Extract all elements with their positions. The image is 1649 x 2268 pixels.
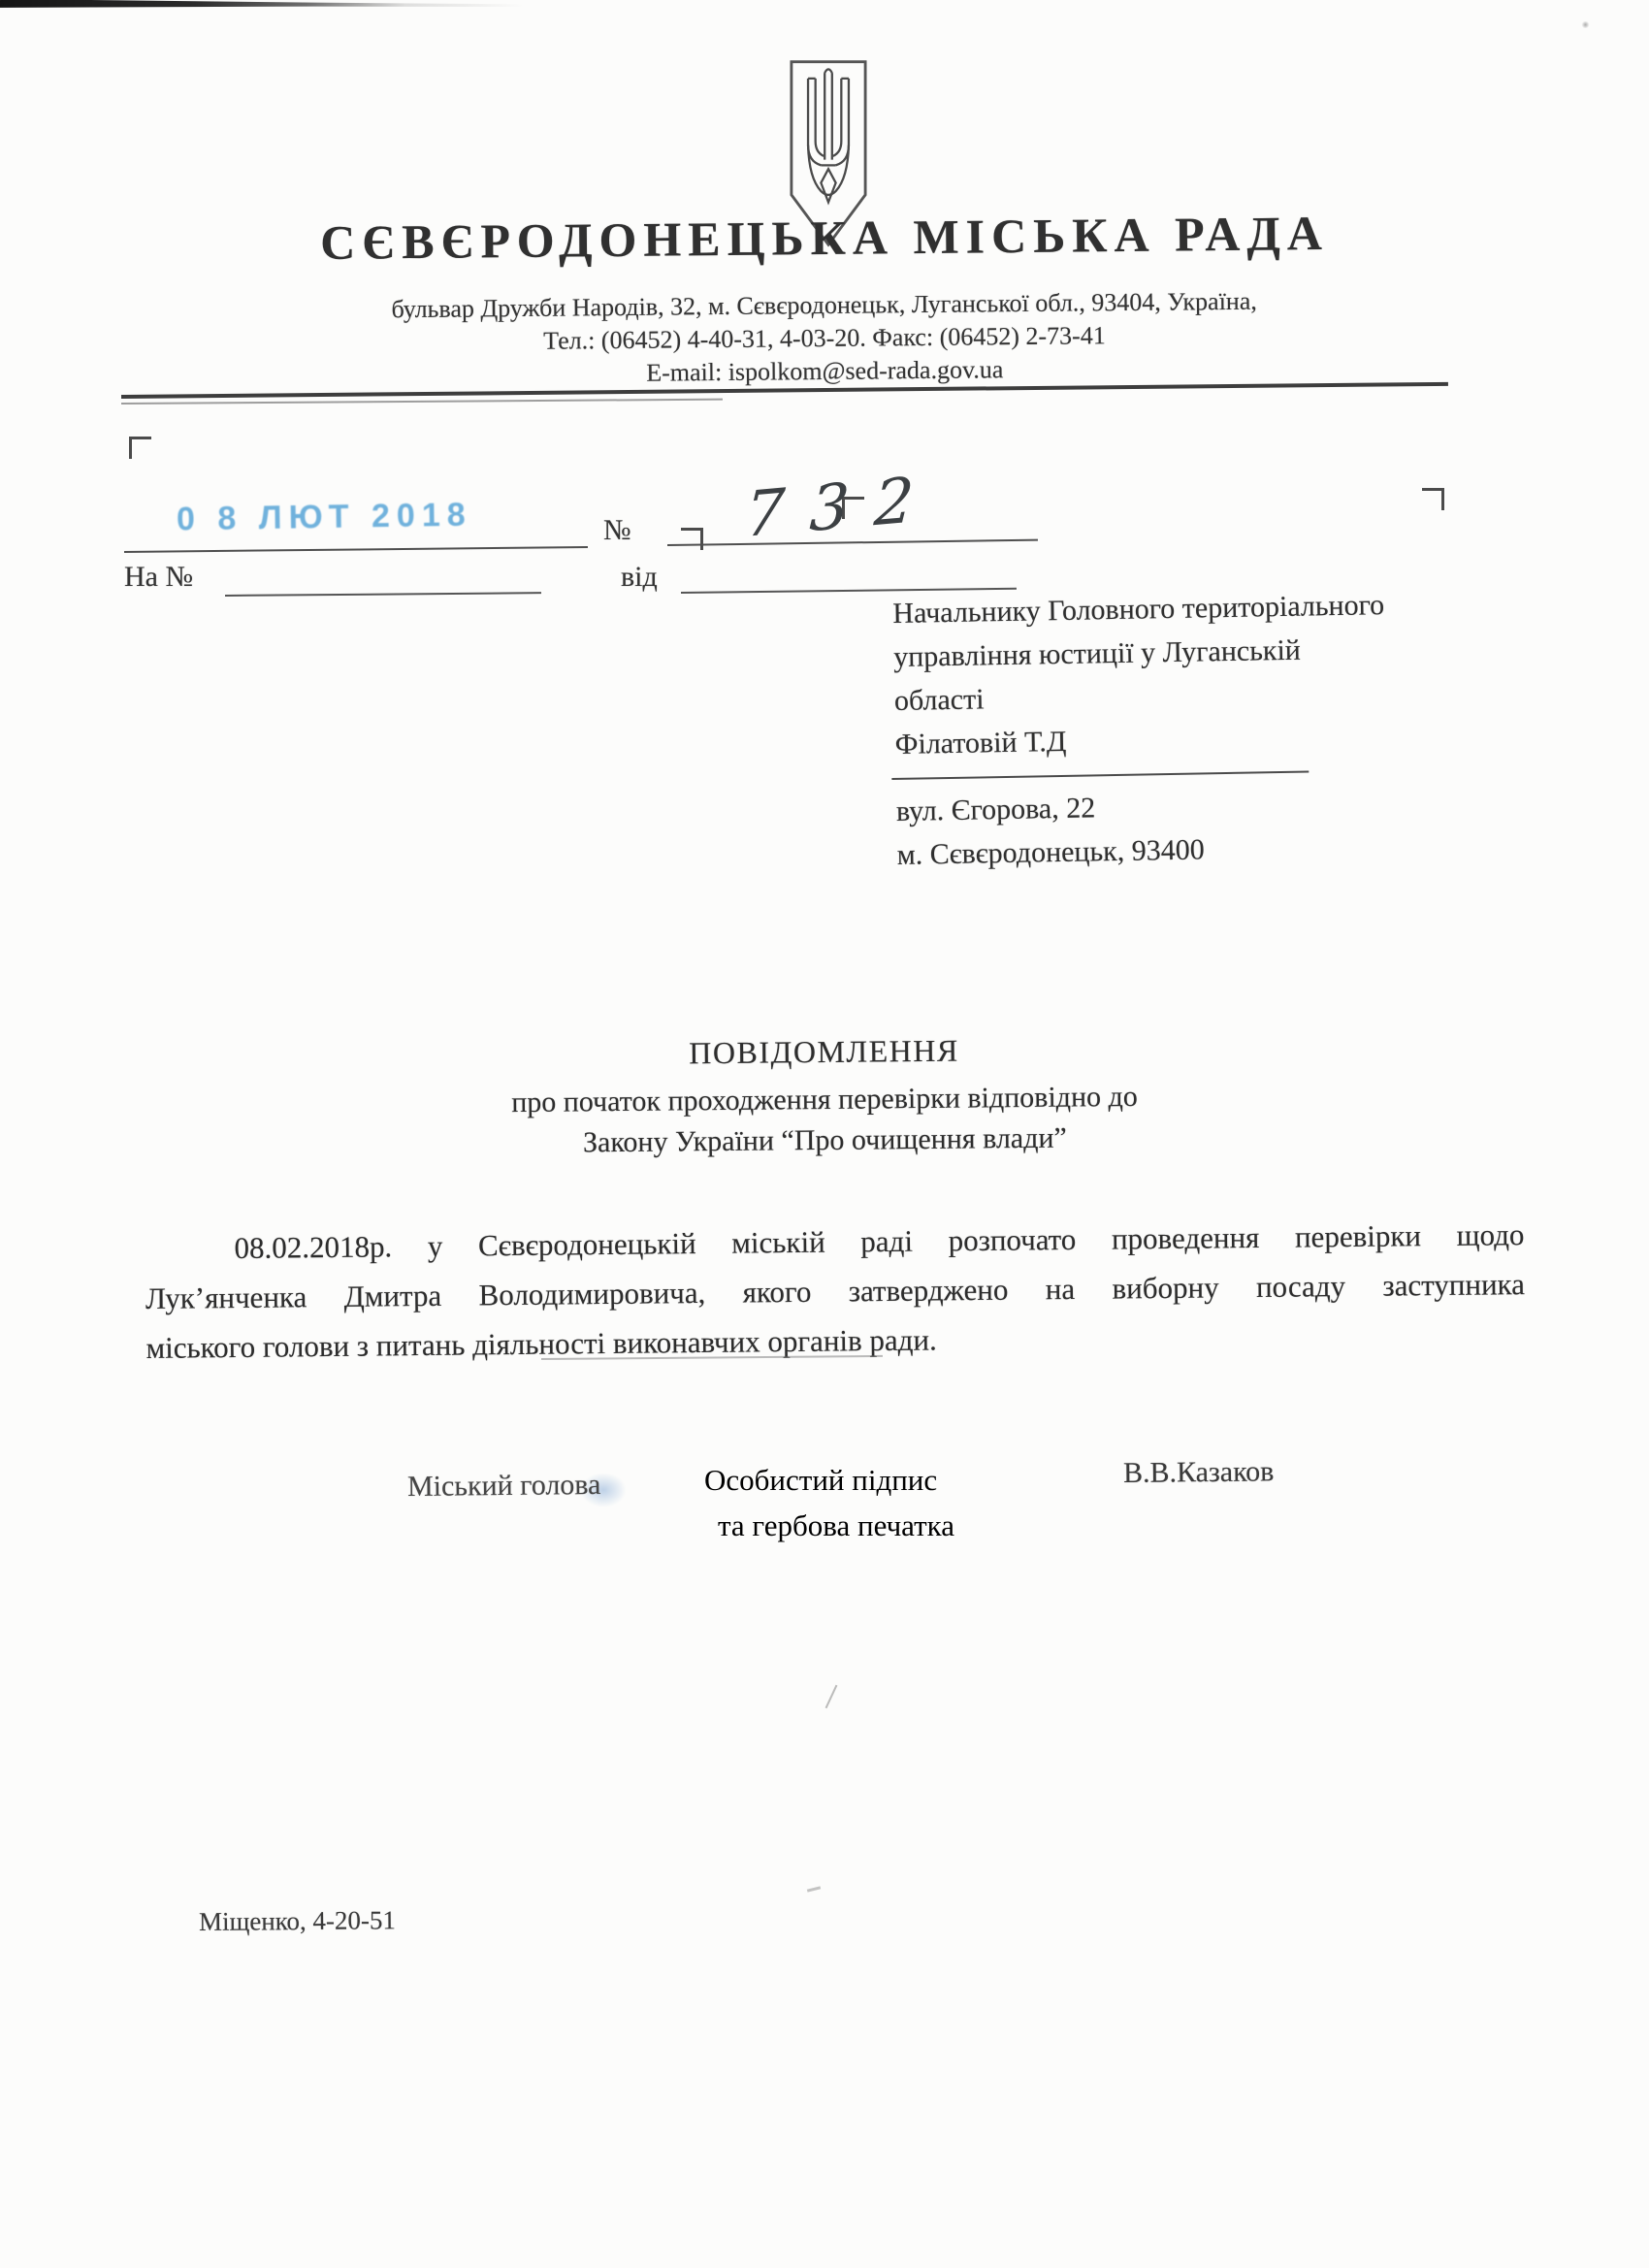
letterhead-address: бульвар Дружби Народів, 32, м. Сєвєродон… bbox=[0, 281, 1649, 396]
scan-speck bbox=[825, 1685, 838, 1708]
recipient-city: м. Сєвєродонецьк, 93400 bbox=[896, 824, 1450, 877]
signature-note-line: та гербова печатка bbox=[704, 1503, 954, 1548]
letterhead-divider-rule-echo bbox=[121, 399, 723, 405]
organization-name: СЄВЄРОДОНЕЦЬКА МІСЬКА РАДА bbox=[0, 202, 1649, 274]
corner-mark bbox=[129, 437, 151, 459]
signatory-name: В.В.Казаков bbox=[1123, 1455, 1275, 1490]
reply-date-label: від bbox=[621, 561, 658, 594]
scan-speck bbox=[1581, 21, 1590, 28]
signatory-position: Міський голова bbox=[407, 1469, 601, 1504]
scan-speck bbox=[807, 1886, 821, 1892]
corner-mark bbox=[681, 528, 703, 550]
notice-heading: ПОВІДОМЛЕННЯ bbox=[0, 1026, 1649, 1078]
body-paragraph: 08.02.2018р. у Сєвєродонецькій міській р… bbox=[145, 1210, 1526, 1373]
corner-mark bbox=[1422, 488, 1444, 510]
scanner-edge-artifact bbox=[0, 0, 698, 12]
scanned-letter-page: СЄВЄРОДОНЕЦЬКА МІСЬКА РАДА бульвар Дружб… bbox=[0, 0, 1649, 2268]
incoming-date-stamp: 0 8 ЛЮТ 2018 bbox=[177, 497, 472, 539]
recipient-line: Філатовій Т.Д bbox=[894, 713, 1448, 766]
reply-number-label: На № bbox=[124, 561, 193, 594]
number-label: № bbox=[603, 514, 631, 547]
notice-title-block: ПОВІДОМЛЕННЯ про початок проходження пер… bbox=[0, 1026, 1649, 1169]
reply-number-blank-line bbox=[225, 592, 541, 597]
recipient-underline bbox=[891, 771, 1309, 781]
date-blank-line bbox=[124, 546, 588, 553]
executor-contact: Міщенко, 4-20-51 bbox=[199, 1905, 396, 1937]
signature-placeholder-note: Особистий підпис та гербова печатка bbox=[704, 1457, 954, 1548]
recipient-block: Начальнику Головного територіального упр… bbox=[892, 582, 1450, 877]
handwritten-outgoing-number: 732 bbox=[743, 463, 940, 552]
signature-note-line: Особистий підпис bbox=[704, 1457, 954, 1503]
